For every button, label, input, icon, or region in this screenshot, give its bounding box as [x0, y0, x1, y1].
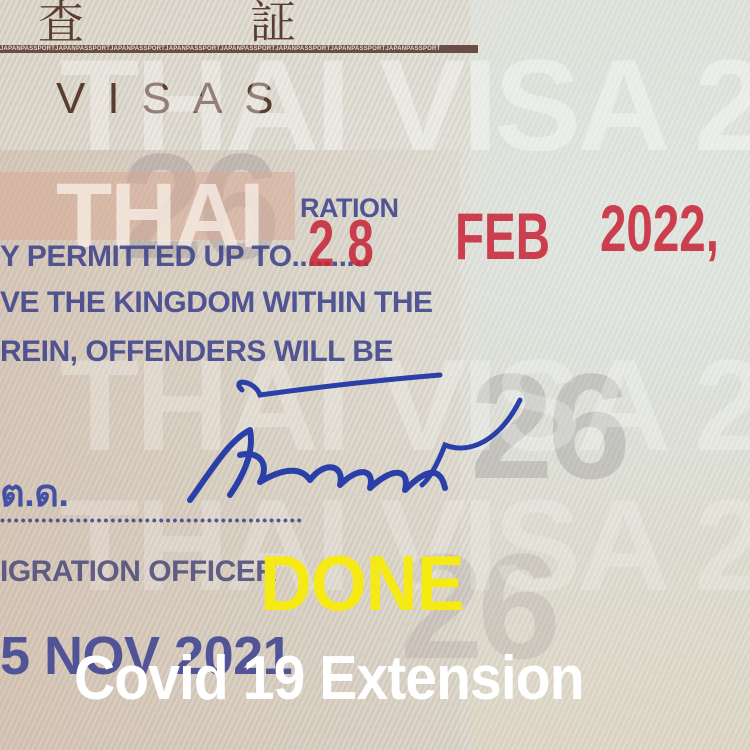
status-text: DONE: [260, 538, 464, 629]
watermark-text: THAI VISA 21: [60, 40, 750, 170]
stamp-text: REIN, OFFENDERS WILL BE: [0, 335, 393, 369]
stamp-text: VE THE KINGDOM WITHIN THE: [0, 286, 433, 320]
signature-icon: [160, 370, 540, 520]
red-date-day: 28: [308, 205, 387, 281]
officer-label: IGRATION OFFICER: [0, 555, 276, 589]
red-date-year: 2022,: [600, 190, 719, 266]
title-text: Covid 19 Extension: [74, 643, 584, 714]
red-date-month: FEB: [455, 198, 550, 274]
visa-image: 26 26 26 査 証 JAPANPASSPORTJAPANPASSPORTJ…: [0, 0, 750, 750]
